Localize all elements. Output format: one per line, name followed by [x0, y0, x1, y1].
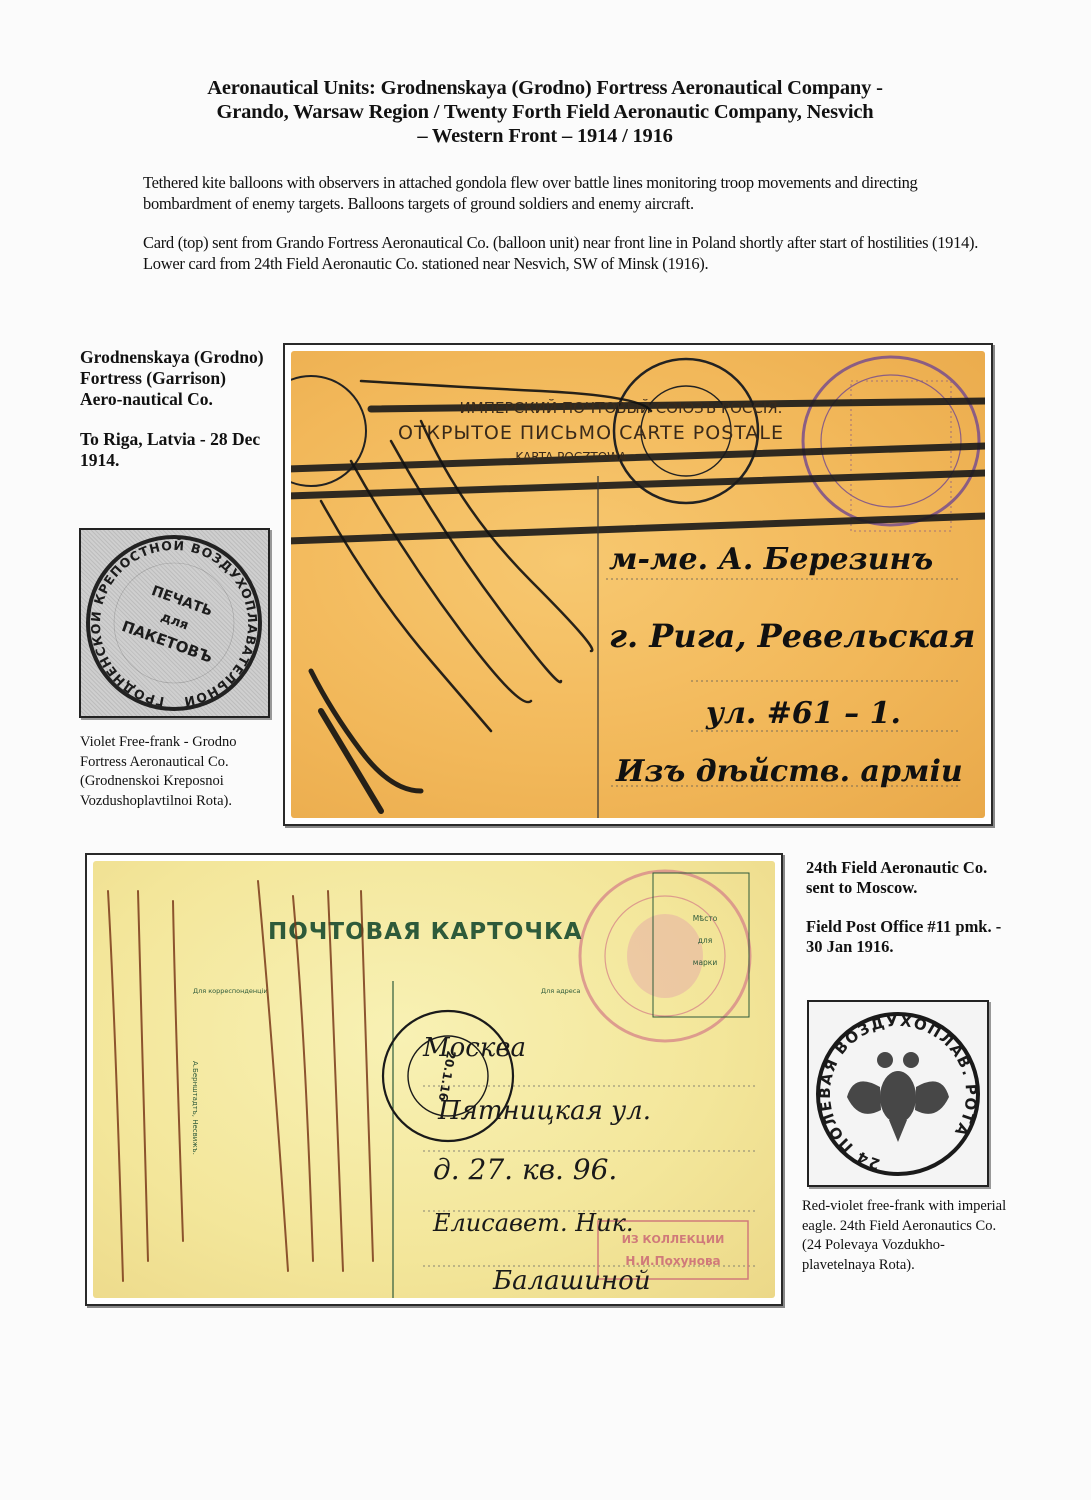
stamp-box-line-1: Мѣсто: [693, 914, 718, 923]
bottom-card-address-line-4: Елисавет. Ник.: [432, 1209, 634, 1237]
violet-stamp-caption: Violet Free-frank - Grodno Fortress Aero…: [80, 733, 285, 811]
page-title: Aeronautical Units: Grodnenskaya (Grodno…: [100, 76, 990, 148]
violet-stamp-center-1: ПЕЧАТЬ: [149, 583, 214, 620]
bottom-postcard: Мѣсто для марки ПОЧТОВАЯ КАРТОЧКА Для ко…: [85, 853, 783, 1306]
top-card-printed-line-2: ОТКРЫТОЕ ПИСЬМО CARTE POSTALE: [398, 422, 784, 444]
top-card-address-line-2: г. Рига, Ревельская: [609, 617, 975, 655]
top-card-destination: To Riga, Latvia - 28 Dec 1914.: [80, 429, 270, 471]
bottom-card-postmark-note: Field Post Office #11 pmk. - 30 Jan 1916…: [806, 917, 1006, 957]
bottom-card-address-line-2: Пятницкая ул.: [437, 1096, 651, 1126]
stamp-box-line-3: марки: [693, 958, 718, 967]
top-postcard: ИМПЕРСКИЙ ПОЧТОВЫЙ СОЮЗЪ РОССІЯ. ОТКРЫТО…: [283, 343, 993, 826]
top-card-address-line-1: м-ме. А. Березинъ: [609, 542, 933, 577]
intro-text: Tethered kite balloons with observers in…: [143, 173, 983, 293]
label-address: Для адреса: [541, 987, 580, 995]
top-card-address-line-3: ул. #61 – 1.: [705, 696, 901, 731]
bottom-card-caption: 24th Field Aeronautic Co. sent to Moscow…: [806, 858, 1006, 976]
collection-stamp-line-1: ИЗ КОЛЛЕКЦИИ: [622, 1233, 725, 1246]
violet-free-frank-image: ГРОДНЕНСКОЙ КРЕПОСТНОЙ ВОЗДУХОПЛАВАТЕЛЬН…: [79, 528, 270, 718]
top-card-heading: Grodnenskaya (Grodno) Fortress (Garrison…: [80, 347, 270, 410]
title-line-2: Grando, Warsaw Region / Twenty Forth Fie…: [100, 100, 990, 124]
red-violet-free-frank-image: 24 ПОЛЕВАЯ ВОЗДУХОПЛАВ. РОТА: [807, 1000, 989, 1187]
stamp-box-line-2: для: [698, 936, 713, 945]
title-line-1: Aeronautical Units: Grodnenskaya (Grodno…: [100, 76, 990, 100]
top-card-printed-line-3: KARTA POCZTOWA: [515, 450, 627, 464]
bottom-card-address-line-3: д. 27. кв. 96.: [433, 1153, 617, 1186]
top-card-address-line-4: Изъ дѣйств. арміи: [615, 754, 963, 789]
bottom-card-heading: 24th Field Aeronautic Co. sent to Moscow…: [806, 858, 1006, 898]
bottom-card-address-line-5: Балашиной: [492, 1266, 651, 1296]
top-card-caption: Grodnenskaya (Grodno) Fortress (Garrison…: [80, 347, 270, 490]
red-eagle-cachet-mark: [580, 871, 750, 1041]
bottom-postcard-image: Мѣсто для марки ПОЧТОВАЯ КАРТОЧКА Для ко…: [93, 861, 775, 1298]
top-postcard-image: ИМПЕРСКИЙ ПОЧТОВЫЙ СОЮЗЪ РОССІЯ. ОТКРЫТО…: [291, 351, 985, 818]
red-violet-stamp-caption: Red-violet free-frank with imperial eagl…: [802, 1197, 1007, 1275]
publisher-imprint: А.Бернштадтъ, Несвижъ.: [191, 1061, 199, 1155]
title-line-3: – Western Front – 1914 / 1916: [100, 124, 990, 148]
imperial-eagle-icon: [847, 1052, 949, 1142]
bottom-card-address-line-1: Москва: [422, 1033, 526, 1063]
handwritten-message: [311, 381, 651, 811]
top-card-printed-line-1: ИМПЕРСКИЙ ПОЧТОВЫЙ СОЮЗЪ РОССІЯ.: [460, 398, 783, 417]
intro-paragraph-2: Card (top) sent from Grando Fortress Aer…: [143, 233, 983, 274]
intro-paragraph-1: Tethered kite balloons with observers in…: [143, 173, 983, 214]
label-correspondence: Для корреспонденціи: [193, 987, 268, 995]
bottom-card-printed-header: ПОЧТОВАЯ КАРТОЧКА: [268, 919, 583, 945]
